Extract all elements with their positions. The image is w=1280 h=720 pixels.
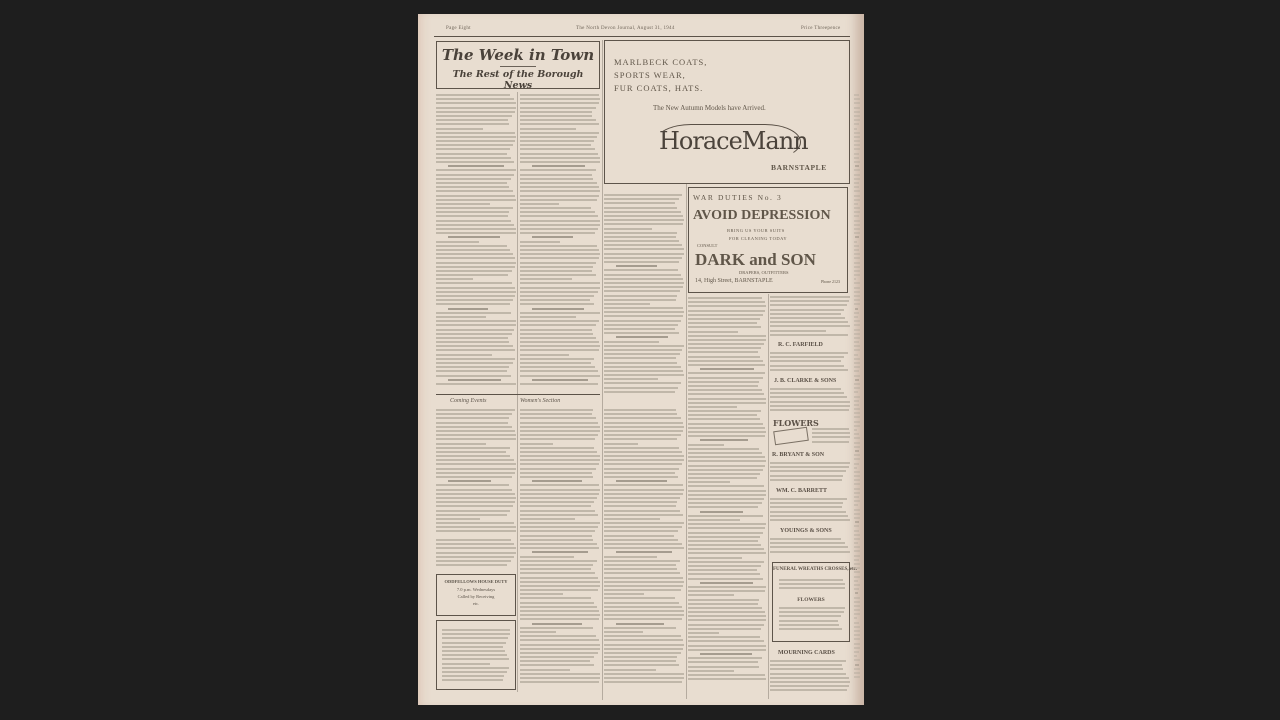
article-body: [436, 94, 516, 394]
product-line: SPORTS WEAR,: [614, 69, 707, 82]
classified-advert: R. BRYANT & SON: [772, 452, 824, 458]
newspaper-page: Page Eight The North Devon Journal, Augu…: [418, 14, 864, 705]
article-body: [604, 194, 684, 404]
column-divider: [517, 92, 518, 692]
classified-advert: MOURNING CARDS: [778, 650, 835, 656]
advert-phone: Phone 2123: [821, 279, 840, 284]
advert-town: BARNSTAPLE: [771, 163, 827, 172]
article-body: [436, 409, 516, 539]
article-body: [520, 94, 600, 394]
classified-advert: J. B. CLARKE & SONS: [774, 378, 836, 384]
column-divider: [686, 184, 687, 699]
advert-body: [442, 629, 510, 685]
product-line: MARLBECK COATS,: [614, 56, 707, 69]
column-title: The Week in Town: [437, 46, 599, 64]
page-number: Page Eight: [446, 26, 471, 31]
advert-tagline: The New Autumn Models have Arrived.: [653, 104, 766, 112]
advert-body: [812, 428, 850, 446]
wreaths-advert: FUNERAL WREATHS CROSSES, etc. FLOWERS: [772, 562, 850, 642]
advert-body: [770, 352, 850, 374]
notice-box: ODDFELLOWS HOUSE DUTY 7.0 p.m. Wednesday…: [436, 574, 516, 616]
advert-subline: FOR CLEANING TODAY: [729, 236, 787, 241]
advert-body: [770, 660, 850, 696]
price-label: Price Threepence: [801, 26, 841, 31]
article-body: [520, 409, 600, 699]
notice-line: 7.0 p.m. Wednesdays: [437, 587, 515, 592]
advert-address: 14, High Street, BARNSTAPLE: [695, 278, 773, 284]
newspaper-masthead: The North Devon Journal, August 31, 1944: [576, 26, 675, 31]
classified-advert: FUNERAL WREATHS CROSSES, etc.: [773, 567, 849, 572]
article-body: [604, 409, 684, 699]
headline: [604, 186, 684, 191]
advert-subline: BRING US YOUR SUITS: [727, 228, 785, 233]
small-advert-box: [436, 620, 516, 690]
notice-title: ODDFELLOWS HOUSE DUTY: [437, 579, 515, 584]
advert-series: WAR DUTIES No. 3: [693, 193, 782, 202]
title-divider: [500, 66, 536, 67]
week-in-town-header: The Week in Town The Rest of the Borough…: [436, 41, 600, 89]
advert-body: [770, 462, 850, 486]
notice-line: Called by Receiving: [437, 594, 515, 599]
advert-consult: CONSULT: [697, 243, 717, 248]
advert-body: [770, 388, 850, 414]
classified-advert: WM. C. BARRETT: [776, 488, 827, 494]
advert-body: [770, 538, 850, 556]
horace-mann-advert: MARLBECK COATS, SPORTS WEAR, FUR COATS, …: [604, 40, 850, 184]
masthead-rule: [434, 36, 850, 37]
page-edge-text: [854, 94, 860, 694]
classified-column: R. C. FARFIELD J. B. CLARKE & SONS FLOWE…: [770, 296, 850, 696]
advert-trade: DRAPERS, OUTFITTERS: [739, 270, 789, 275]
column-divider: [768, 294, 769, 699]
section-rule: [436, 394, 600, 395]
classified-advert: YOUINGS & SONS: [780, 528, 832, 534]
classified-advert: FLOWERS: [773, 597, 849, 603]
product-line: FUR COATS, HATS.: [614, 82, 707, 95]
coming-events-heading: Coming Events: [450, 398, 487, 404]
classified-advert: R. C. FARFIELD: [778, 342, 823, 348]
advert-body: [770, 296, 850, 338]
advert-body: [779, 579, 845, 593]
advert-body: [779, 607, 845, 635]
notice-line: etc.: [437, 601, 515, 606]
column-subtitle: The Rest of the Borough News: [437, 69, 599, 91]
horace-mann-logo: HoraceMann: [659, 127, 808, 155]
flowers-illustration: [773, 427, 809, 446]
classified-advert: FLOWERS: [773, 418, 819, 428]
womens-section-heading: Women's Section: [520, 398, 560, 404]
advert-business-name: DARK and SON: [695, 250, 816, 270]
advert-body: [770, 498, 850, 524]
article-body: [688, 297, 766, 697]
advert-products: MARLBECK COATS, SPORTS WEAR, FUR COATS, …: [614, 56, 707, 95]
article-body: [436, 539, 516, 569]
advert-headline: AVOID DEPRESSION: [693, 208, 831, 224]
dark-and-son-advert: WAR DUTIES No. 3 AVOID DEPRESSION BRING …: [688, 187, 848, 293]
column-divider: [602, 40, 603, 700]
